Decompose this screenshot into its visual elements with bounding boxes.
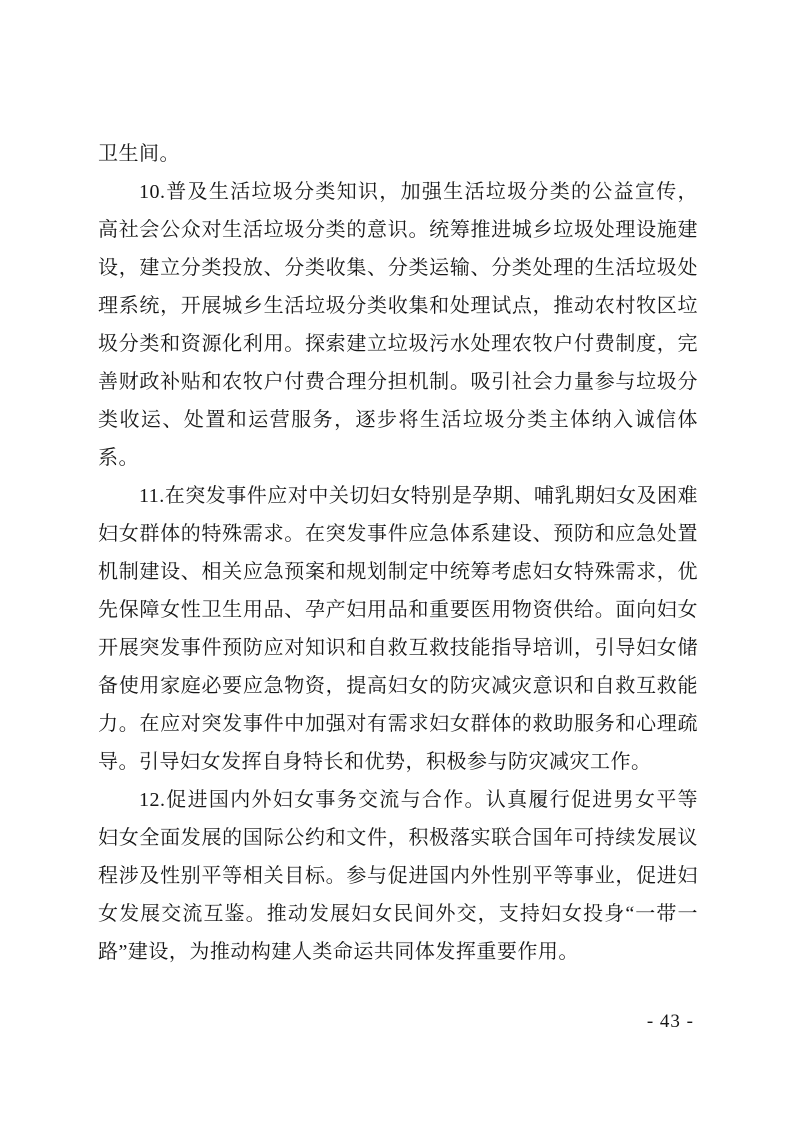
text-line: 导。引导妇女发挥自身特长和优势，积极参与防灾减灾工作。 [98,743,698,781]
text-line: 类收运、处置和运营服务，逐步将生活垃圾分类主体纳入诚信体 [98,401,698,439]
text-line: 开展突发事件预防应对知识和自救互救技能指导培训，引导妇女储 [98,629,698,667]
text-line: 11.在突发事件应对中关切妇女特别是孕期、哺乳期妇女及困难 [98,477,698,515]
text-line: 程涉及性别平等相关目标。参与促进国内外性别平等事业，促进妇 [98,857,698,895]
document-page: 卫生间。10.普及生活垃圾分类知识，加强生活垃圾分类的公益宣传，提高社会公众对生… [0,0,794,1122]
text-line: 善财政补贴和农牧户付费合理分担机制。吸引社会力量参与垃圾分 [98,363,698,401]
page-number: - 43 - [647,1010,694,1034]
text-line: 理系统，开展城乡生活垃圾分类收集和处理试点，推动农村牧区垃 [98,287,698,325]
text-line: 设，建立分类投放、分类收集、分类运输、分类处理的生活垃圾处 [98,249,698,287]
text-line: 高社会公众对生活垃圾分类的意识。统筹推进城乡垃圾处理设施建 [98,211,698,249]
text-line: 力。在应对突发事件中加强对有需求妇女群体的救助服务和心理疏 [98,705,698,743]
text-line: 系。 [98,439,698,477]
text-line: 妇女全面发展的国际公约和文件，积极落实联合国年可持续发展议 [98,819,698,857]
text-line: 备使用家庭必要应急物资，提高妇女的防灾减灾意识和自救互救能 [98,667,698,705]
text-line: 先保障女性卫生用品、孕产妇用品和重要医用物资供给。面向妇女 [98,591,698,629]
text-line: 圾分类和资源化利用。探索建立垃圾污水处理农牧户付费制度，完 [98,325,698,363]
document-body: 卫生间。10.普及生活垃圾分类知识，加强生活垃圾分类的公益宣传，提高社会公众对生… [98,135,698,971]
text-line: 卫生间。 [98,135,698,173]
text-line: 女发展交流互鉴。推动发展妇女民间外交，支持妇女投身“一带一 [98,895,698,933]
text-line: 12.促进国内外妇女事务交流与合作。认真履行促进男女平等与 [98,781,698,819]
text-line: 机制建设、相关应急预案和规划制定中统筹考虑妇女特殊需求，优 [98,553,698,591]
text-line: 妇女群体的特殊需求。在突发事件应急体系建设、预防和应急处置 [98,515,698,553]
text-line: 10.普及生活垃圾分类知识，加强生活垃圾分类的公益宣传，提 [98,173,698,211]
text-line: 路”建设，为推动构建人类命运共同体发挥重要作用。 [98,933,698,971]
